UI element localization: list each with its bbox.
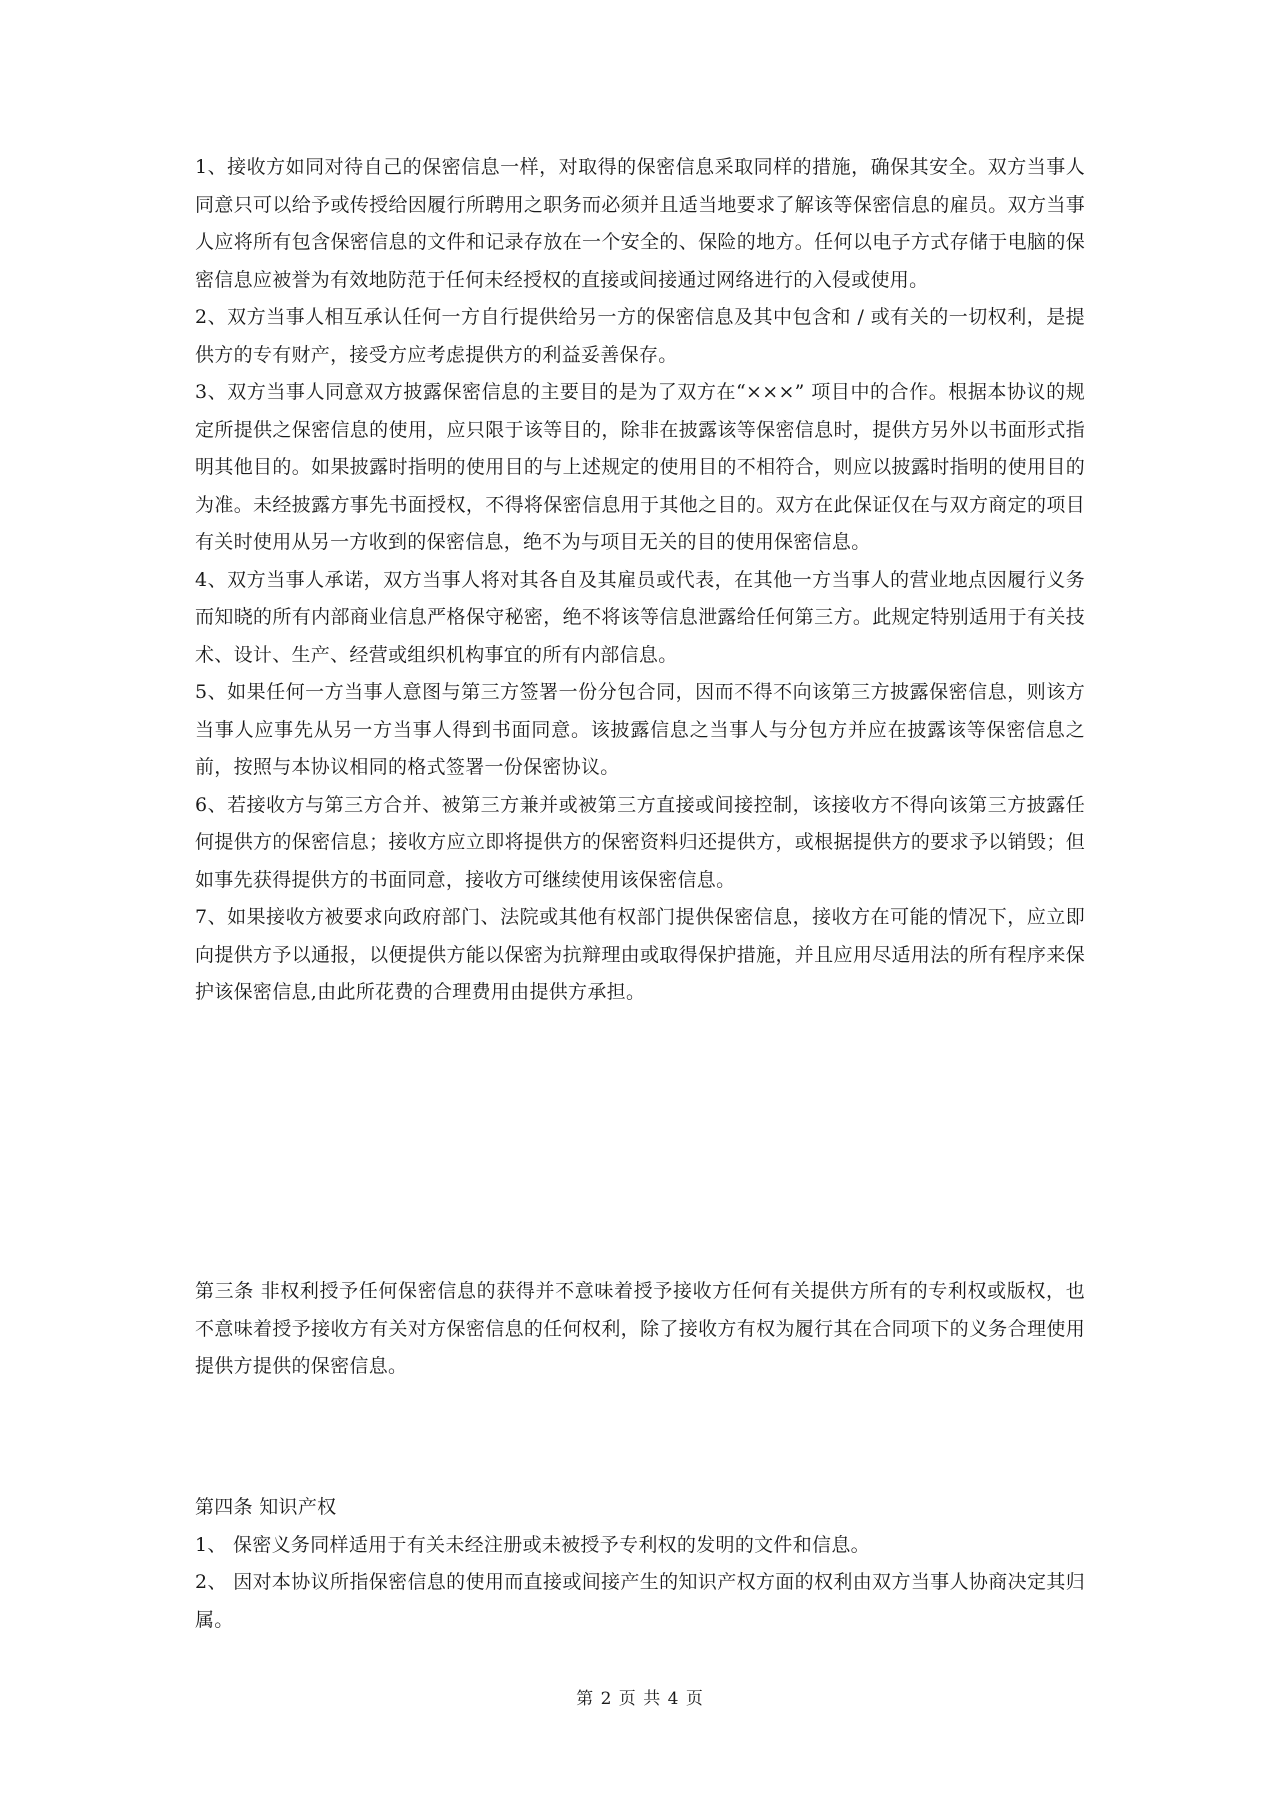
article-4-item-1: 1、 保密义务同样适用于有关未经注册或未被授予专利权的发明的文件和信息。 [195, 1527, 1085, 1565]
article-4-heading: 第四条 知识产权 [195, 1489, 1085, 1527]
clause-2: 2、双方当事人相互承认任何一方自行提供给另一方的保密信息及其中包含和 / 或有关… [195, 299, 1085, 374]
clause-7: 7、如果接收方被要求向政府部门、法院或其他有权部门提供保密信息，接收方在可能的情… [195, 899, 1085, 1012]
clause-3: 3、双方当事人同意双方披露保密信息的主要目的是为了双方在“×××” 项目中的合作… [195, 374, 1085, 562]
article-4-item-2: 2、 因对本协议所指保密信息的使用而直接或间接产生的知识产权方面的权利由双方当事… [195, 1564, 1085, 1639]
clause-1: 1、接收方如同对待自己的保密信息一样，对取得的保密信息采取同样的措施，确保其安全… [195, 149, 1085, 299]
article-3-section: 第三条 非权利授予任何保密信息的获得并不意味着授予接收方任何有关提供方所有的专利… [195, 1273, 1085, 1386]
clause-6: 6、若接收方与第三方合并、被第三方兼并或被第三方直接或间接控制，该接收方不得向该… [195, 787, 1085, 900]
clause-5: 5、如果任何一方当事人意图与第三方签署一份分包合同，因而不得不向该第三方披露保密… [195, 674, 1085, 787]
page-number: 第 2 页 共 4 页 [0, 1684, 1280, 1709]
article-3-text: 第三条 非权利授予任何保密信息的获得并不意味着授予接收方任何有关提供方所有的专利… [195, 1273, 1085, 1386]
clause-4: 4、双方当事人承诺，双方当事人将对其各自及其雇员或代表，在其他一方当事人的营业地… [195, 562, 1085, 675]
article-4-section: 第四条 知识产权 1、 保密义务同样适用于有关未经注册或未被授予专利权的发明的文… [195, 1489, 1085, 1639]
document-page: 1、接收方如同对待自己的保密信息一样，对取得的保密信息采取同样的措施，确保其安全… [0, 0, 1280, 1810]
confidentiality-obligations-section: 1、接收方如同对待自己的保密信息一样，对取得的保密信息采取同样的措施，确保其安全… [195, 149, 1085, 1012]
